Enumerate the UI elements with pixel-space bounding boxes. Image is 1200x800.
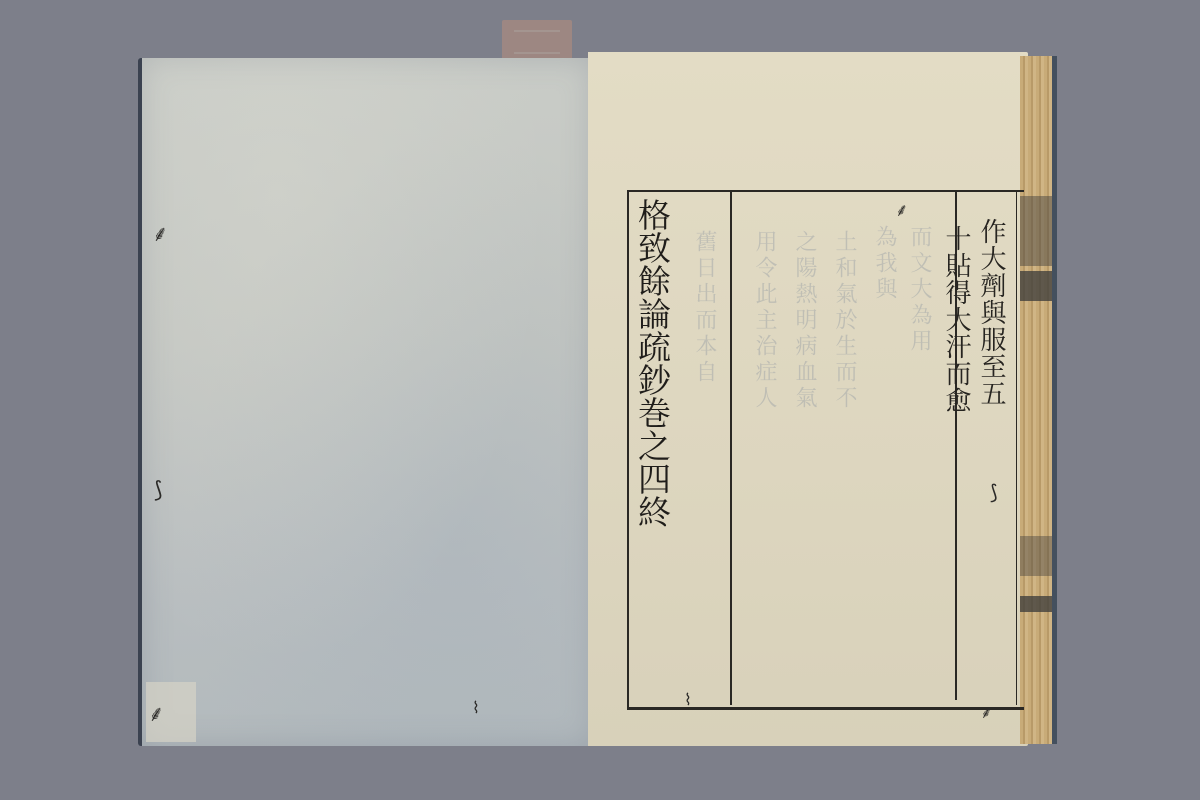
show-through-text: 之陽熱明病血氣 — [790, 230, 818, 412]
wormhole-mark: ⸙ — [152, 218, 169, 248]
page-edge-stack — [1020, 56, 1057, 744]
catalog-label-tag — [502, 20, 572, 60]
show-through-text: 用令此主治症人 — [750, 230, 778, 412]
volume-end-title: 格致餘論疏鈔巻之四終 — [632, 198, 672, 528]
wormhole-mark: ⸙ — [148, 698, 165, 728]
left-page-blank: ⸙ ⟆ ⸙ ⌇ — [138, 58, 592, 746]
wormhole-mark: ⟆ — [990, 480, 998, 504]
column-rule — [730, 190, 732, 705]
wormhole-mark: ⟆ — [154, 478, 163, 503]
show-through-text: 舊日出而本自 — [690, 230, 718, 386]
wormhole-mark: ⸙ — [895, 198, 909, 222]
show-through-text: 為我與 — [870, 225, 898, 303]
wormhole-mark: ⌇ — [684, 690, 692, 709]
column-rule — [1016, 190, 1017, 705]
annotation-column: 作大劑與服至五 — [975, 218, 1007, 407]
show-through-text: 而文大為用 — [905, 225, 933, 355]
show-through-text: 土和氣於生而不 — [830, 230, 858, 412]
annotation-column: 十貼得大汗而愈 — [940, 225, 972, 414]
wormhole-mark: ⸙ — [980, 700, 994, 724]
wormhole-mark: ⌇ — [472, 698, 480, 717]
